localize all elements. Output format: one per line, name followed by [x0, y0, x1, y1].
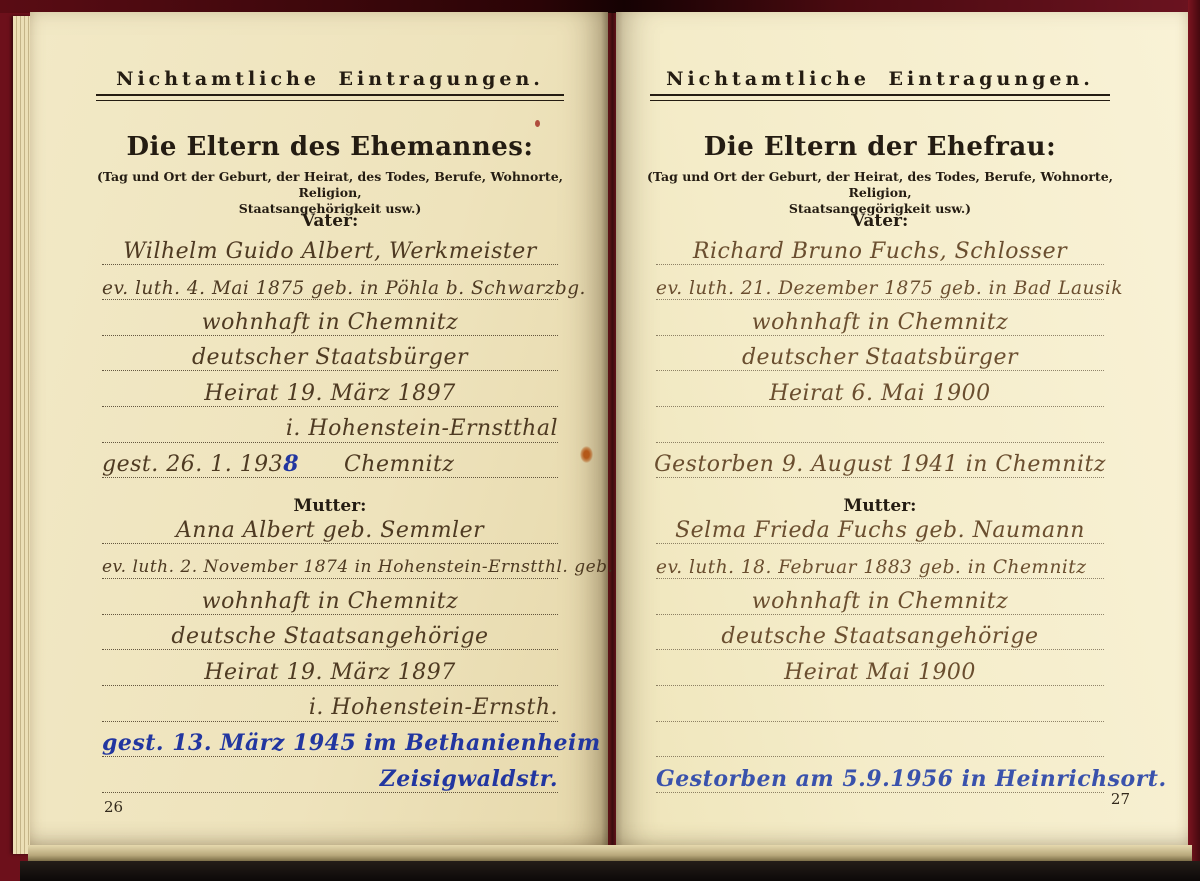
page-number-left: 26	[104, 798, 123, 816]
entry-line: gest. 13. März 1945 im Bethanienheim	[102, 722, 558, 758]
handwriting-blue-ink: 8	[283, 451, 299, 477]
father-entries: Richard Bruno Fuchs, Schlosserev. luth. …	[656, 229, 1104, 478]
handwriting-brown-ink: Gestorben 9. August 1941 in Chemnitz	[654, 452, 1106, 477]
entry-line: ev. luth. 4. Mai 1875 geb. in Pöhla b. S…	[102, 265, 558, 301]
entry-line: wohnhaft in Chemnitz	[102, 300, 558, 336]
section-title-husband-parents: Die Eltern des Ehemannes:	[102, 132, 558, 162]
section-title-wife-parents: Die Eltern der Ehefrau:	[656, 132, 1104, 162]
ink-speck	[535, 120, 540, 127]
handwriting-blue-ink: Zeisigwaldstr.	[380, 766, 558, 792]
entry-line: wohnhaft in Chemnitz	[656, 300, 1104, 336]
entry-line: Zeisigwaldstr.	[102, 757, 558, 793]
entry-line: Anna Albert geb. Semmler	[102, 508, 558, 544]
handwriting-brown-ink: deutsche Staatsangehörige	[721, 624, 1038, 649]
family-register-book: Nichtamtliche Eintragungen. Die Eltern d…	[0, 0, 1200, 881]
mother-entries: Anna Albert geb. Semmlerev. luth. 2. Nov…	[102, 508, 558, 793]
handwriting-brown-ink: Heirat Mai 1900	[784, 660, 976, 685]
father-entries: Wilhelm Guido Albert, Werkmeisterev. lut…	[102, 229, 558, 478]
entry-line: i. Hohenstein-Ernstthal	[102, 407, 558, 443]
entry-line: Heirat Mai 1900	[656, 650, 1104, 686]
left-page: Nichtamtliche Eintragungen. Die Eltern d…	[30, 12, 608, 845]
handwriting-brown-ink: wohnhaft in Chemnitz	[202, 589, 458, 614]
entry-line: Heirat 19. März 1897	[102, 650, 558, 686]
entry-line: Gestorben 9. August 1941 in Chemnitz	[656, 443, 1104, 479]
handwriting-brown-ink: Chemnitz	[299, 452, 454, 477]
header-rule	[96, 94, 564, 101]
handwriting-brown-ink: Wilhelm Guido Albert, Werkmeister	[123, 239, 537, 264]
handwriting-brown-ink: ev. luth. 18. Februar 1883 geb. in Chemn…	[656, 557, 1086, 578]
entry-line: deutsche Staatsangehörige	[102, 615, 558, 651]
page-stack-edge	[13, 16, 31, 854]
page-header: Nichtamtliche Eintragungen.	[656, 68, 1104, 90]
mother-entries: Selma Frieda Fuchs geb. Naumannev. luth.…	[656, 508, 1104, 793]
entry-line: deutscher Staatsbürger	[102, 336, 558, 372]
entry-line: i. Hohenstein-Ernsth.	[102, 686, 558, 722]
handwriting-brown-ink: wohnhaft in Chemnitz	[752, 310, 1008, 335]
page-number-right: 27	[1111, 790, 1130, 808]
entry-line: deutsche Staatsangehörige	[656, 615, 1104, 651]
entry-line: Gestorben am 5.9.1956 in Heinrichsort.	[656, 757, 1104, 793]
scan-shadow-bottom	[20, 861, 1200, 881]
handwriting-blue-ink: gest. 13. März 1945 im Bethanienheim	[102, 730, 601, 756]
entry-line: Wilhelm Guido Albert, Werkmeister	[102, 229, 558, 265]
entry-line: gest. 26. 1. 1938 Chemnitz	[102, 443, 558, 479]
page-stack-bottom-edge	[28, 845, 1192, 862]
handwriting-brown-ink: wohnhaft in Chemnitz	[202, 310, 458, 335]
handwriting-brown-ink: Heirat 6. Mai 1900	[769, 381, 990, 406]
handwriting-brown-ink: deutscher Staatsbürger	[192, 345, 468, 370]
handwriting-brown-ink: ev. luth. 4. Mai 1875 geb. in Pöhla b. S…	[102, 278, 586, 299]
handwriting-brown-ink: wohnhaft in Chemnitz	[752, 589, 1008, 614]
entry-line: Heirat 19. März 1897	[102, 371, 558, 407]
entry-line: wohnhaft in Chemnitz	[102, 579, 558, 615]
handwriting-brown-ink: i. Hohenstein-Ernstthal	[286, 416, 558, 441]
handwriting-brown-ink: Anna Albert geb. Semmler	[176, 518, 484, 543]
book-cover-right-edge	[1188, 0, 1200, 881]
entry-line: Selma Frieda Fuchs geb. Naumann	[656, 508, 1104, 544]
handwriting-brown-ink: Heirat 19. März 1897	[204, 381, 455, 406]
entry-line	[656, 686, 1104, 722]
entry-line: ev. luth. 21. Dezember 1875 geb. in Bad …	[656, 265, 1104, 301]
handwriting-brown-ink: Heirat 19. März 1897	[204, 660, 455, 685]
right-page: Nichtamtliche Eintragungen. Die Eltern d…	[616, 12, 1188, 845]
subtitle-line-1: (Tag und Ort der Geburt, der Heirat, des…	[92, 169, 568, 201]
entry-line: ev. luth. 2. November 1874 in Hohenstein…	[102, 544, 558, 580]
handwriting-blue-ink: Gestorben am 5.9.1956 in Heinrichsort.	[656, 766, 1167, 792]
entry-line	[656, 407, 1104, 443]
entry-line: Heirat 6. Mai 1900	[656, 371, 1104, 407]
entry-line: wohnhaft in Chemnitz	[656, 579, 1104, 615]
handwriting-brown-ink: gest. 26. 1. 193	[102, 452, 283, 477]
handwriting-brown-ink: ev. luth. 21. Dezember 1875 geb. in Bad …	[656, 278, 1123, 299]
handwriting-brown-ink: deutscher Staatsbürger	[742, 345, 1018, 370]
entry-line: ev. luth. 18. Februar 1883 geb. in Chemn…	[656, 544, 1104, 580]
handwriting-brown-ink: deutsche Staatsangehörige	[171, 624, 488, 649]
father-label: Vater:	[102, 211, 558, 231]
handwriting-brown-ink: i. Hohenstein-Ernsth.	[309, 695, 558, 720]
subtitle-line-1: (Tag und Ort der Geburt, der Heirat, des…	[646, 169, 1114, 201]
handwriting-brown-ink: ev. luth. 2. November 1874 in Hohenstein…	[102, 557, 613, 577]
section-subtitle: (Tag und Ort der Geburt, der Heirat, des…	[646, 169, 1114, 217]
header-rule	[650, 94, 1110, 101]
father-label: Vater:	[656, 211, 1104, 231]
entry-line: Richard Bruno Fuchs, Schlosser	[656, 229, 1104, 265]
page-header: Nichtamtliche Eintragungen.	[102, 68, 558, 90]
handwriting-brown-ink: Selma Frieda Fuchs geb. Naumann	[675, 518, 1085, 543]
section-subtitle: (Tag und Ort der Geburt, der Heirat, des…	[92, 169, 568, 217]
ink-stain	[580, 446, 593, 463]
handwriting-brown-ink: Richard Bruno Fuchs, Schlosser	[693, 239, 1067, 264]
entry-line: deutscher Staatsbürger	[656, 336, 1104, 372]
entry-line	[656, 722, 1104, 758]
